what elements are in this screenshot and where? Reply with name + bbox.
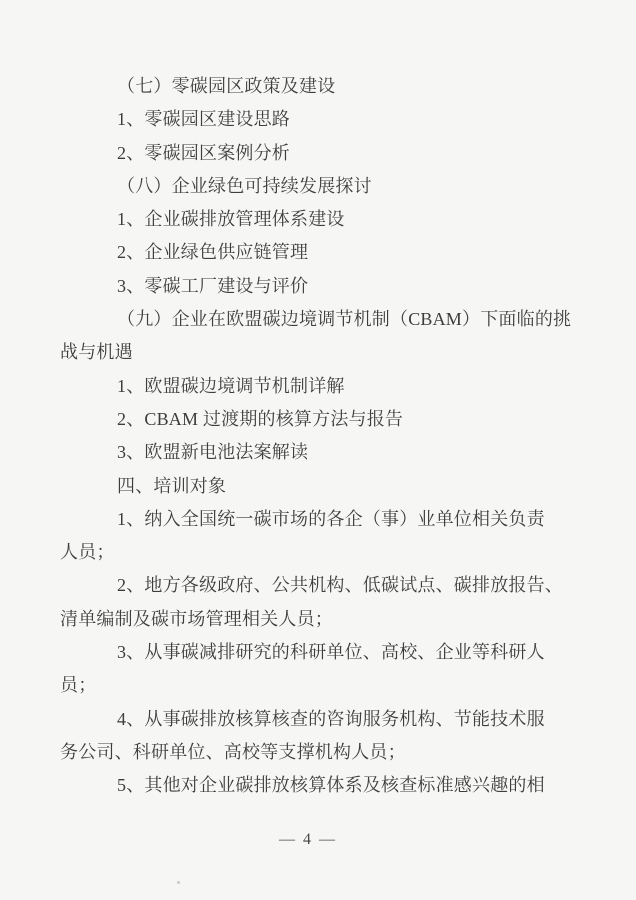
- text-line: 员；: [60, 669, 560, 702]
- text-line: 1、纳入全国统一碳市场的各企（事）业单位相关负责: [60, 503, 560, 536]
- text-line: 5、其他对企业碳排放核算体系及核查标准感兴趣的相: [60, 769, 560, 802]
- text-line: （九）企业在欧盟碳边境调节机制（CBAM）下面临的挑: [60, 303, 560, 336]
- text-line: 清单编制及碳市场管理相关人员；: [60, 603, 560, 636]
- document-body: （七）零碳园区政策及建设1、零碳园区建设思路2、零碳园区案例分析（八）企业绿色可…: [60, 70, 560, 803]
- text-line: 1、欧盟碳边境调节机制详解: [60, 370, 560, 403]
- text-line: 2、CBAM 过渡期的核算方法与报告: [60, 403, 560, 436]
- text-line: 3、从事碳减排研究的科研单位、高校、企业等科研人: [60, 636, 560, 669]
- text-line: 1、企业碳排放管理体系建设: [60, 203, 560, 236]
- text-line: 2、零碳园区案例分析: [60, 137, 560, 170]
- text-line: 1、零碳园区建设思路: [60, 103, 560, 136]
- text-line: 人员；: [60, 536, 560, 569]
- text-line: （七）零碳园区政策及建设: [60, 70, 560, 103]
- scan-speck-artifact: [177, 881, 180, 884]
- document-page: （七）零碳园区政策及建设1、零碳园区建设思路2、零碳园区案例分析（八）企业绿色可…: [0, 0, 636, 900]
- text-line: 4、从事碳排放核算核查的咨询服务机构、节能技术服: [60, 703, 560, 736]
- text-line: 2、企业绿色供应链管理: [60, 236, 560, 269]
- text-line: 四、培训对象: [60, 470, 560, 503]
- text-line: 2、地方各级政府、公共机构、低碳试点、碳排放报告、: [60, 569, 560, 602]
- text-line: 务公司、科研单位、高校等支撑机构人员；: [60, 736, 560, 769]
- page-number-footer: — 4 —: [0, 823, 626, 856]
- text-line: 战与机遇: [60, 336, 560, 369]
- text-line: 3、零碳工厂建设与评价: [60, 270, 560, 303]
- text-line: （八）企业绿色可持续发展探讨: [60, 170, 560, 203]
- text-line: 3、欧盟新电池法案解读: [60, 436, 560, 469]
